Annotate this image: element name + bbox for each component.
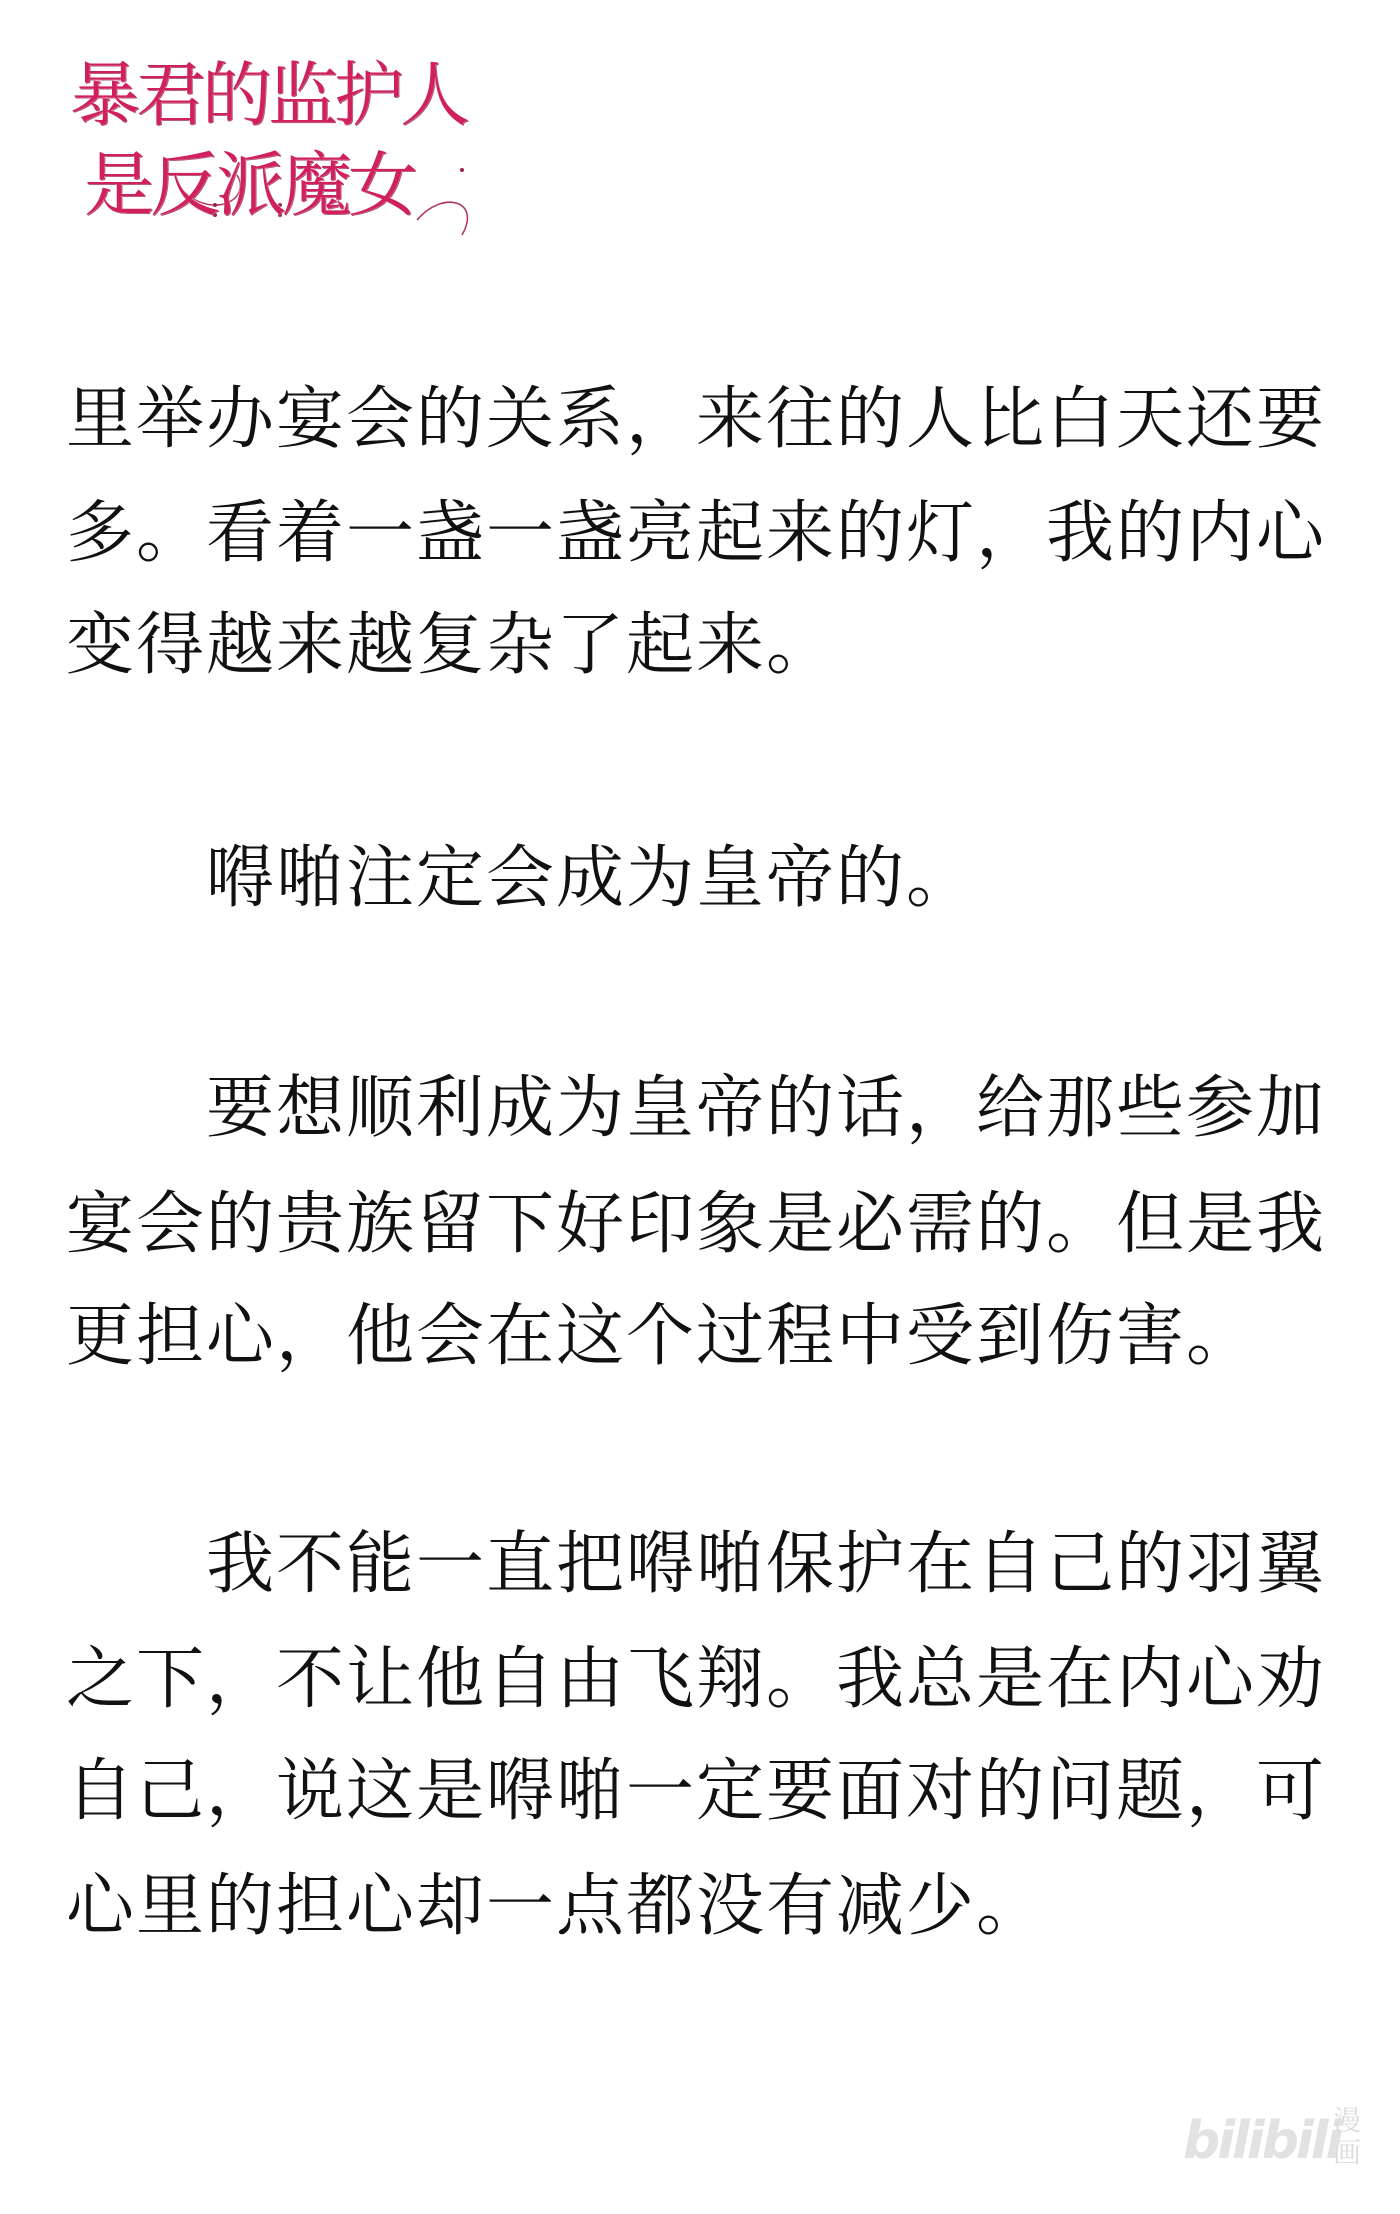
text-line: 要想顺利成为皇帝的话，给那些参加 bbox=[206, 1075, 1326, 1143]
text-line: 里举办宴会的关系，来往的人比白天还要 bbox=[66, 386, 1326, 454]
text-line: 之下，不让他自由飞翔。我总是在内心劝 bbox=[66, 1646, 1326, 1714]
bilibili-manhua-watermark: bilibili 漫画 bbox=[1183, 2105, 1373, 2175]
title-line-1: 暴君的监护人 bbox=[70, 60, 466, 130]
text-line: 多。看着一盏一盏亮起来的灯，我的内心 bbox=[66, 500, 1326, 568]
text-line: 我不能一直把嘚啪保护在自己的羽翼 bbox=[206, 1531, 1326, 1599]
manhua-label: 漫画 bbox=[1333, 2105, 1365, 2169]
text-line: 嘚啪注定会成为皇帝的。 bbox=[206, 845, 976, 913]
comic-title-logo: 暴君的监护人 是反派魔女 bbox=[62, 50, 492, 260]
title-line-2: 是反派魔女 bbox=[84, 150, 414, 220]
text-line: 心里的担心却一点都没有减少。 bbox=[66, 1873, 1046, 1941]
text-line: 宴会的贵族留下好印象是必需的。但是我 bbox=[66, 1191, 1326, 1259]
text-line: 自己，说这是嘚啪一定要面对的问题，可 bbox=[66, 1758, 1326, 1826]
text-line: 更担心，他会在这个过程中受到伤害。 bbox=[66, 1303, 1256, 1371]
bilibili-logo-text: bilibili bbox=[1183, 2111, 1340, 2171]
text-line: 变得越来越复杂了起来。 bbox=[66, 612, 836, 680]
